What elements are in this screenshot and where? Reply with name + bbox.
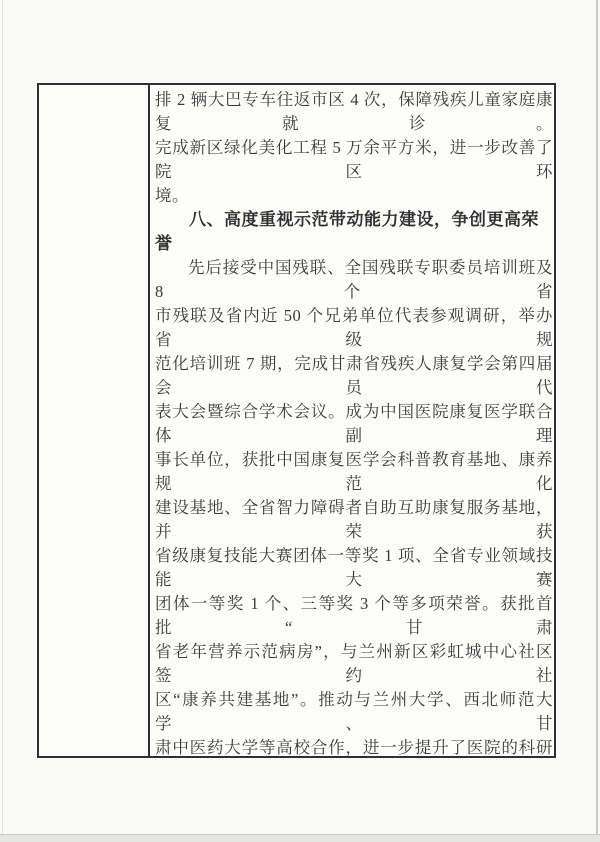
scan-edge-bottom: [0, 834, 600, 842]
scanned-page: 排 2 辆大巴专车往返市区 4 次，保障残疾儿童家庭康复就诊。完成新区绿化美化工…: [0, 0, 600, 842]
text-line: 范化培训班 7 期，完成甘肃省残疾人康复学会第四届会员代: [155, 352, 553, 400]
text-line: 肃中医药大学等高校合作，进一步提升了医院的科研和教学: [155, 736, 553, 756]
text-line: 省老年营养示范病房”，与兰州新区彩虹城中心社区签约社: [155, 640, 553, 688]
scan-edge-left: [2, 0, 3, 842]
text-line: 省级康复技能大赛团体一等奖 1 项、全省专业领域技能大赛: [155, 544, 553, 592]
section-heading: 八、高度重视示范带动能力建设，争创更高荣誉: [155, 208, 553, 256]
table-content-cell: 排 2 辆大巴专车往返市区 4 次，保障残疾儿童家庭康复就诊。完成新区绿化美化工…: [150, 85, 554, 756]
text-line: 区“康养共建基地”。推动与兰州大学、西北师范大学、甘: [155, 688, 553, 736]
text-line: 先后接受中国残联、全国残联专职委员培训班及 8 个省: [155, 256, 553, 304]
document-lines: 排 2 辆大巴专车往返市区 4 次，保障残疾儿童家庭康复就诊。完成新区绿化美化工…: [155, 88, 553, 756]
text-line: 市残联及省内近 50 个兄弟单位代表参观调研，举办省级规: [155, 304, 553, 352]
text-line: 表大会暨综合学术会议。成为中国医院康复医学联合体副理: [155, 400, 553, 448]
text-line: 境。: [155, 184, 553, 208]
table-left-column: [39, 85, 150, 756]
text-line: 事长单位，获批中国康复医学会科普教育基地、康养规范化: [155, 448, 553, 496]
text-line: 完成新区绿化美化工程 5 万余平方米，进一步改善了院区环: [155, 136, 553, 184]
text-line: 排 2 辆大巴专车往返市区 4 次，保障残疾儿童家庭康复就诊。: [155, 88, 553, 136]
text-line: 建设基地、全省智力障碍者自助互助康复服务基地，并荣获: [155, 496, 553, 544]
scan-edge-right: [596, 0, 598, 836]
report-table: 排 2 辆大巴专车往返市区 4 次，保障残疾儿童家庭康复就诊。完成新区绿化美化工…: [37, 83, 556, 758]
text-line: 团体一等奖 1 个、三等奖 3 个等多项荣誉。获批首批“甘肃: [155, 592, 553, 640]
